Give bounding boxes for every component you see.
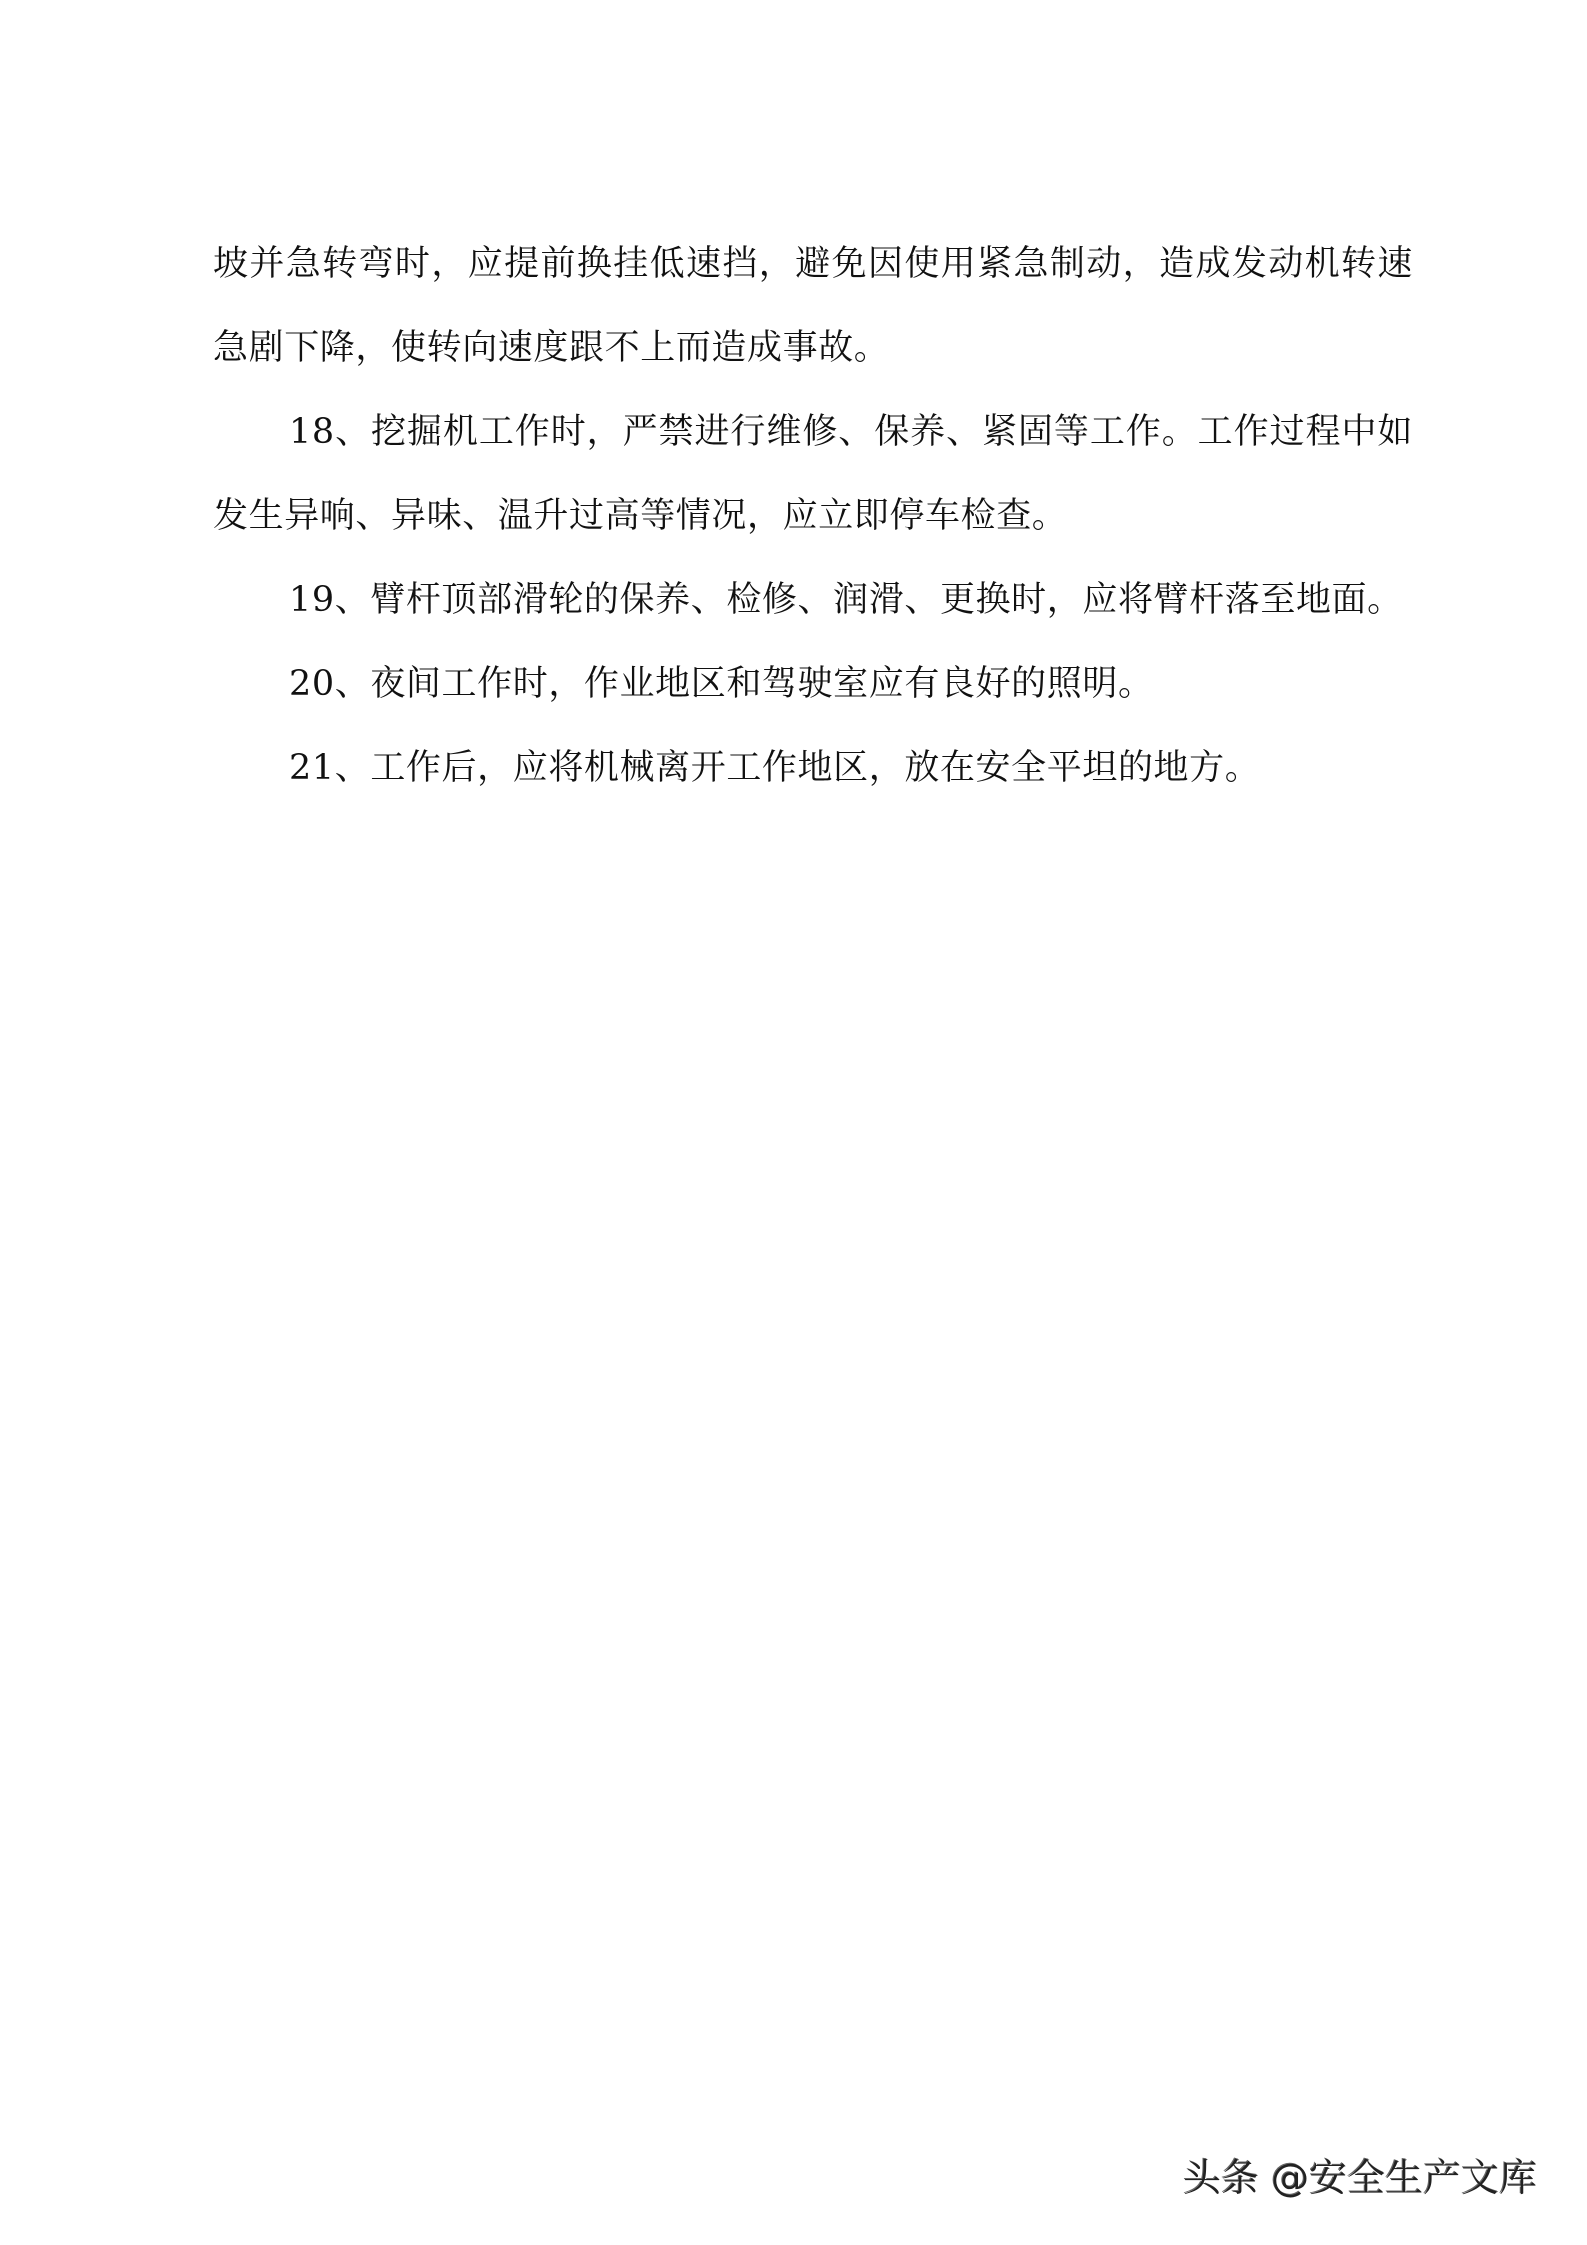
paragraph-item-19: 19、臂杆顶部滑轮的保养、检修、润滑、更换时，应将臂杆落至地面。: [213, 558, 1413, 642]
paragraph-continuation-17: 坡并急转弯时，应提前换挂低速挡，避免因使用紧急制动，造成发动机转速急剧下降，使转…: [213, 222, 1413, 390]
document-page: 坡并急转弯时，应提前换挂低速挡，避免因使用紧急制动，造成发动机转速急剧下降，使转…: [213, 222, 1413, 810]
paragraph-item-20: 20、夜间工作时，作业地区和驾驶室应有良好的照明。: [213, 642, 1413, 726]
paragraph-item-21: 21、工作后，应将机械离开工作地区，放在安全平坦的地方。: [213, 726, 1413, 810]
paragraph-item-18: 18、挖掘机工作时，严禁进行维修、保养、紧固等工作。工作过程中如发生异响、异味、…: [213, 390, 1413, 558]
watermark: 头条 @安全生产文库: [1183, 2147, 1537, 2202]
